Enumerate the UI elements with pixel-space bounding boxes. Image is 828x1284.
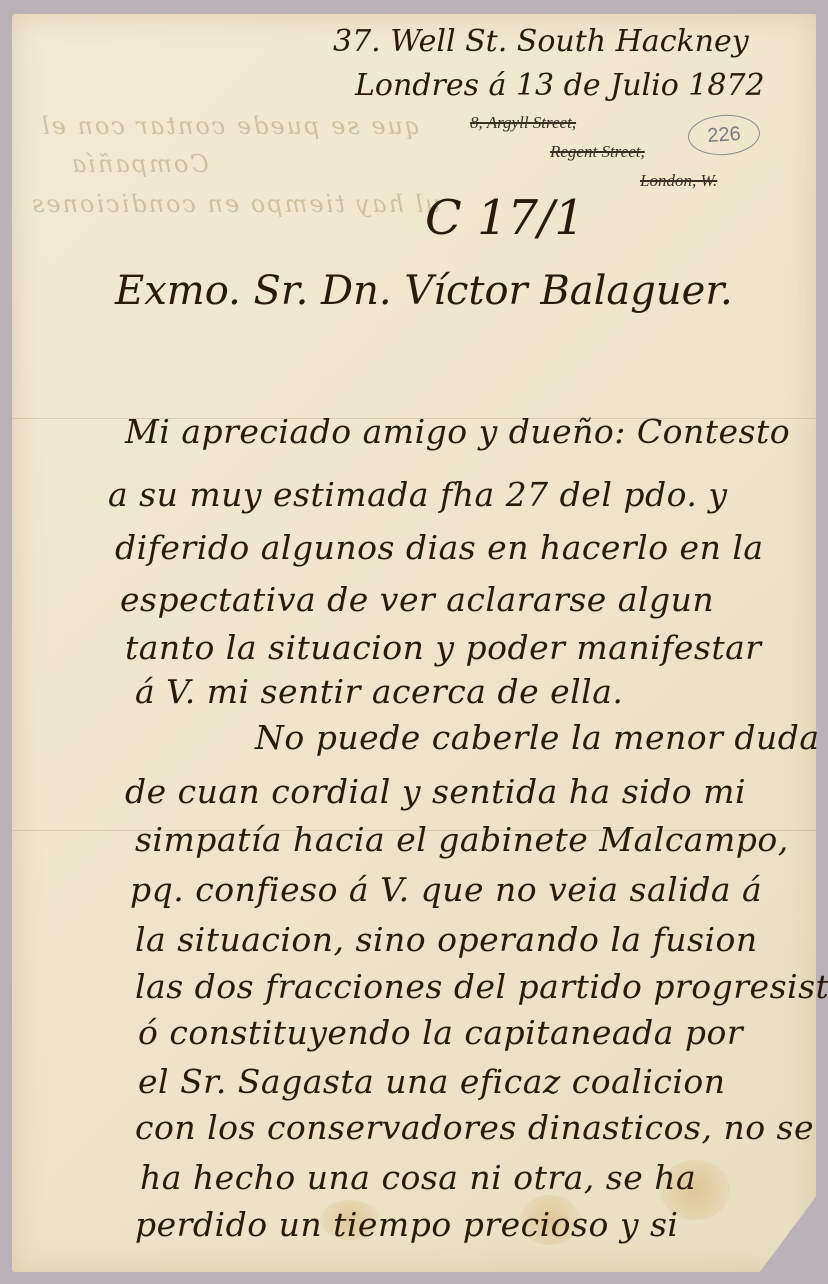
body-line: espectativa de ver aclararse algun — [120, 580, 714, 619]
salutation: Exmo. Sr. Dn. Víctor Balaguer. — [115, 268, 733, 314]
body-line: con los conservadores dinasticos, no se — [135, 1108, 814, 1147]
body-line: pq. confieso á V. que no veia salida á — [130, 870, 762, 909]
letterhead-line-1: 8, Argyll Street, — [470, 113, 576, 133]
bleed-through-text: Compañía — [70, 150, 209, 178]
bleed-through-text: ul hay tiempo en condiciones — [30, 190, 441, 218]
body-line: el Sr. Sagasta una eficaz coalicion — [138, 1062, 726, 1101]
folio-mark: C 17/1 — [425, 190, 585, 246]
body-line: a su muy estimada fha 27 del pdo. y — [108, 475, 728, 514]
body-line: simpatía hacia el gabinete Malcampo, — [135, 820, 789, 859]
body-line: á V. mi sentir acerca de ella. — [135, 672, 623, 711]
body-line: No puede caberle la menor duda — [255, 718, 820, 757]
bleed-through-text: que se puede contar con el — [40, 112, 420, 140]
body-line: Mi apreciado amigo y dueño: Contesto — [125, 412, 790, 451]
body-line: tanto la situacion y poder manifestar — [125, 628, 762, 667]
sender-address: 37. Well St. South Hackney — [333, 24, 749, 59]
body-line: ó constituyendo la capitaneada por — [138, 1013, 743, 1052]
body-line: la situacion, sino operando la fusion — [135, 920, 758, 959]
body-line: diferido algunos dias en hacerlo en la — [115, 528, 764, 567]
body-line: de cuan cordial y sentida ha sido mi — [125, 772, 746, 811]
letterhead-line-2: Regent Street, — [550, 142, 645, 162]
body-line: las dos fracciones del partido progresis… — [135, 967, 828, 1006]
body-line: perdido un tiempo precioso y si — [135, 1205, 678, 1244]
place-date: Londres á 13 de Julio 1872 — [355, 68, 765, 103]
letterhead-line-3: London, W. — [640, 171, 717, 191]
body-line: ha hecho una cosa ni otra, se ha — [140, 1158, 696, 1197]
